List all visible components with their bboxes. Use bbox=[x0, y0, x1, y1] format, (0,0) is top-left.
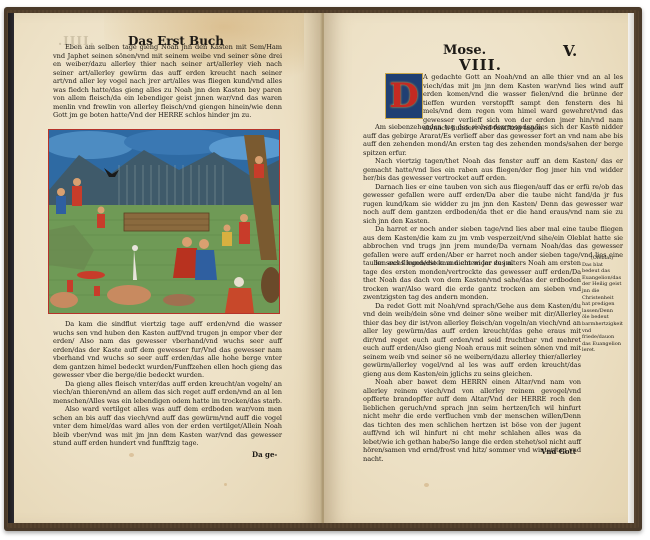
marginal-note-heading: (Oleblat) bbox=[582, 255, 622, 262]
foxing-spot bbox=[424, 483, 429, 487]
left-text-bottom: Da kam die sindflut viertzig tage auff e… bbox=[53, 320, 282, 448]
initial-letter: D bbox=[389, 79, 418, 113]
paragraph: Da gieng alles fleisch vnter/das auff er… bbox=[53, 380, 282, 406]
chapter-number: VIII. bbox=[459, 56, 502, 74]
paragraph: Eben am selben tage gieng Noah jnn den K… bbox=[53, 43, 282, 120]
paragraph: Da redet Gott mit Noah/vnd sprach/Gehe a… bbox=[363, 302, 581, 379]
paragraph: Darnach lies er eine tauben von sich aus… bbox=[363, 183, 623, 226]
paragraph: Nach viertzig tagen/thet Noah das fenste… bbox=[363, 157, 623, 183]
right-text-lower: Im sechs hundersten vnd einem jar des al… bbox=[363, 259, 581, 463]
marginal-note: (Oleblat) Das blat bedeut das Euangelion… bbox=[582, 255, 622, 354]
marginal-note-text: Das blat bedeut das Euangelion/das der H… bbox=[582, 262, 623, 354]
paragraph: Also ward vertilget alles was auff dem e… bbox=[53, 405, 282, 448]
flood-woodcut-illustration bbox=[48, 129, 280, 314]
right-folio-number: V. bbox=[563, 42, 577, 60]
paragraph: Da kam die sindflut viertzig tage auff e… bbox=[53, 320, 282, 380]
right-text-upper: Am siebenzehenden tag des siebenden mond… bbox=[363, 123, 623, 268]
right-catchword: Vnd Gott bbox=[541, 447, 576, 456]
paragraph: Am siebenzehenden tag des siebenden mond… bbox=[363, 123, 623, 157]
foxing-spot bbox=[129, 453, 134, 457]
flood-scene-image bbox=[49, 130, 279, 313]
foxing-spot bbox=[224, 483, 227, 486]
left-catchword: Da ge- bbox=[252, 450, 277, 459]
paragraph: Im sechs hundersten vnd einem jar des al… bbox=[363, 259, 581, 302]
decorated-initial: D bbox=[385, 73, 423, 119]
left-text-top: Eben am selben tage gieng Noah jnn den K… bbox=[53, 43, 282, 120]
